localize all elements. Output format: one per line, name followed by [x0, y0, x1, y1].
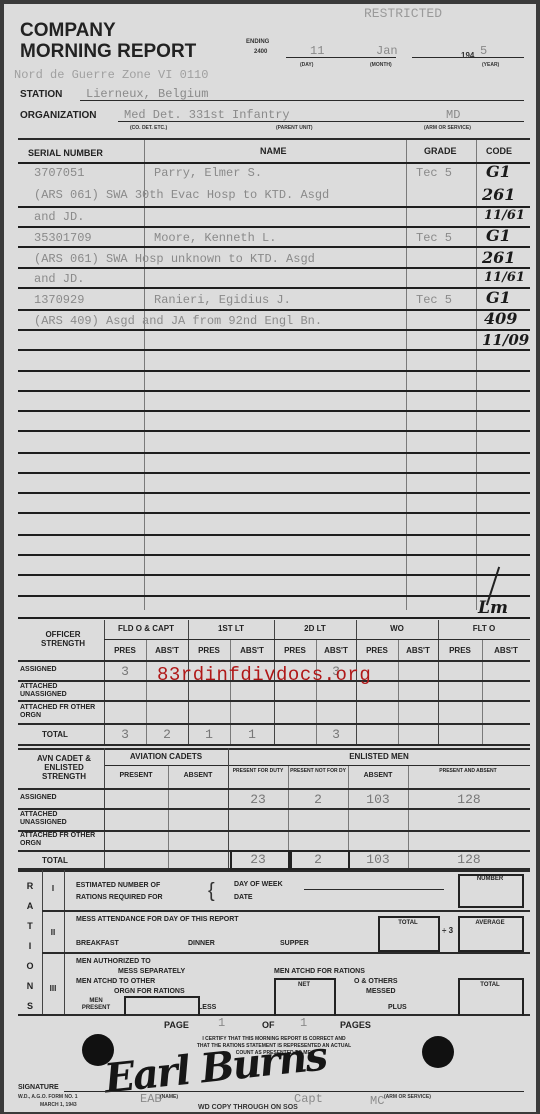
group-fld-o-capt: FLD O & CAPT	[104, 624, 188, 633]
location-line: Nord de Guerre Zone VI 0110	[14, 68, 208, 82]
subcol-pres: PRES	[438, 646, 482, 655]
signer-service: MC	[370, 1094, 384, 1108]
entry-serial: 1370929	[34, 293, 84, 307]
group-wo: WO	[356, 624, 438, 633]
entry-remark: and JD.	[34, 210, 84, 224]
number-box-label: NUMBER	[460, 876, 520, 882]
header-name: NAME	[260, 146, 287, 156]
divide-by-three: ÷ 3	[442, 926, 453, 935]
less-label: LESS	[198, 1004, 216, 1011]
dinner-label: DINNER	[188, 940, 215, 947]
entry-serial: 35301709	[34, 231, 92, 245]
subcol-pres: PRES	[356, 646, 398, 655]
entry-code: 261	[482, 185, 515, 204]
off-total-2dlt-abst: 3	[316, 727, 356, 742]
year-caption: (YEAR)	[482, 62, 499, 68]
subcol-pres: PRES	[188, 646, 230, 655]
group-1st-lt: 1ST LT	[188, 624, 274, 633]
messed-label: MESSED	[366, 988, 396, 995]
orgn-for-rations-label: ORGN FOR RATIONS	[114, 988, 185, 995]
subcol-pres: PRES	[104, 646, 146, 655]
form-title-line2: MORNING REPORT	[20, 41, 196, 62]
off-total-fld-abst: 2	[146, 727, 188, 742]
group-flt-o: FLT O	[438, 624, 530, 633]
ending-time: 2400	[254, 49, 267, 55]
name-caption: (NAME)	[160, 1094, 178, 1100]
org-caption-unit: (CO. DET. ETC.)	[130, 125, 167, 131]
station-value: Lierneux, Belgium	[86, 87, 208, 101]
row-label-total: TOTAL	[42, 856, 68, 865]
date-label: DATE	[234, 894, 253, 901]
org-caption-service: (ARM OR SERVICE)	[424, 125, 471, 131]
signer-grade: Capt	[294, 1092, 323, 1106]
off-total-1stlt-abst: 1	[230, 727, 274, 742]
entry-code: G1	[486, 288, 511, 307]
form-date: MARCH 1, 1943	[40, 1102, 77, 1108]
entry-code: 261	[482, 248, 515, 267]
breakfast-label: BREAKFAST	[76, 940, 119, 947]
day-of-week-label: DAY OF WEEK	[234, 881, 283, 888]
morning-report-sheet: RESTRICTED COMPANY MORNING REPORT ENDING…	[4, 4, 536, 1112]
page-number: 1	[218, 1016, 225, 1030]
men-present-label: MEN PRESENT	[76, 998, 116, 1012]
entry-code: 11/61	[484, 208, 525, 223]
net-box-label: NET	[276, 982, 332, 988]
watermark: 83rdinfdivdocs.org	[157, 664, 371, 686]
enlisted-strength-table: AVN CADET & ENLISTED STRENGTH AVIATION C…	[18, 748, 530, 870]
enl-assigned-present-duty: 23	[228, 792, 288, 807]
total-box-label: TOTAL	[380, 920, 436, 926]
entry-code: 11/61	[484, 270, 525, 285]
row-label-total: TOTAL	[42, 730, 68, 739]
ending-label: ENDING	[246, 39, 269, 45]
col-absent: ABSENT	[348, 772, 408, 779]
subcol-abst: ABS'T	[398, 646, 438, 655]
enl-assigned-present-and-absent: 128	[408, 792, 530, 807]
org-caption-parent: (PARENT UNIT)	[276, 125, 313, 131]
signer-name: EAB	[140, 1092, 162, 1106]
row-label-attached-other: ATTACHED FR OTHER ORGN	[20, 704, 100, 720]
year-digit: 5	[480, 44, 487, 58]
row-label-attached-other: ATTACHED FR OTHER ORGN	[20, 832, 100, 848]
subcol-abst: ABS'T	[482, 646, 530, 655]
enl-total-present-and-absent: 128	[408, 852, 530, 867]
subcol-abst: ABS'T	[230, 646, 274, 655]
pages-label: PAGES	[340, 1020, 371, 1030]
group-aviation-cadets: AVIATION CADETS	[104, 752, 228, 761]
day-caption: (DAY)	[300, 62, 313, 68]
total-rations-box-label: TOTAL	[460, 982, 520, 988]
estimated-rations-label: ESTIMATED NUMBER OF	[76, 882, 160, 889]
men-atchd-rations-label: MEN ATCHD FOR RATIONS	[274, 968, 365, 975]
form-number: W.D., A.G.O. FORM NO. 1	[18, 1094, 78, 1100]
section-i: I	[42, 884, 64, 893]
off-total-fld-pres: 3	[104, 727, 146, 742]
organization-label: ORGANIZATION	[20, 110, 96, 121]
plus-label: PLUS	[388, 1004, 407, 1011]
service-value: MD	[446, 108, 460, 122]
off-total-1stlt-pres: 1	[188, 727, 230, 742]
group-2d-lt: 2D LT	[274, 624, 356, 633]
bottom-note: WD COPY THROUGH ON SOS	[198, 1104, 298, 1111]
row-label-attached-unassigned: ATTACHED UNASSIGNED	[20, 811, 100, 827]
subcol-abst: ABS'T	[146, 646, 188, 655]
men-authorized-label: MEN AUTHORIZED TO	[76, 958, 151, 965]
enl-total-absent: 103	[348, 852, 408, 867]
entry-grade: Tec 5	[416, 166, 452, 180]
off-assigned-fld-pres: 3	[104, 664, 146, 679]
binder-hole-right	[422, 1036, 454, 1068]
form-title-line1: COMPANY	[20, 20, 116, 41]
entry-remark: (ARS 409) Asgd and JA from 92nd Engl Bn.	[34, 314, 322, 328]
col-present-for-duty: PRESENT FOR DUTY	[230, 768, 286, 775]
col-present-and-absent: PRESENT AND ABSENT	[418, 768, 518, 775]
report-day: 11	[310, 44, 324, 58]
organization-value: Med Det. 331st Infantry	[124, 108, 290, 122]
officer-strength-header: OFFICER STRENGTH	[26, 630, 100, 648]
row-label-assigned: ASSIGNED	[20, 666, 57, 673]
service-caption: (ARM OR SERVICE)	[384, 1094, 431, 1100]
entry-name: Parry, Elmer S.	[154, 166, 262, 180]
entry-code: G1	[486, 226, 511, 245]
page-total: 1	[300, 1016, 307, 1030]
of-label: OF	[262, 1020, 275, 1030]
group-enlisted-men: ENLISTED MEN	[228, 752, 530, 761]
header-serial: SERIAL NUMBER	[28, 148, 103, 158]
year-prefix: 194	[461, 51, 474, 60]
enlisted-strength-header: AVN CADET & ENLISTED STRENGTH	[24, 754, 104, 781]
header-grade: GRADE	[424, 146, 457, 156]
month-caption: (MONTH)	[370, 62, 392, 68]
report-month: Jan	[376, 44, 398, 58]
row-label-assigned: ASSIGNED	[20, 794, 57, 801]
col-cadets-present: PRESENT	[104, 772, 168, 779]
section-iii: III	[42, 984, 64, 993]
page-label: PAGE	[164, 1020, 189, 1030]
subcol-pres: PRES	[274, 646, 316, 655]
supper-label: SUPPER	[280, 940, 309, 947]
average-box-label: AVERAGE	[460, 920, 520, 926]
entry-code: 11/09	[482, 331, 529, 349]
section-ii: II	[42, 928, 64, 937]
mess-separately-label: MESS SEPARATELY	[118, 968, 185, 975]
enl-total-present-duty: 23	[228, 852, 288, 867]
col-present-not-for-duty: PRESENT NOT FOR DY	[290, 768, 346, 775]
mess-attendance-label: MESS ATTENDANCE FOR DAY OF THIS REPORT	[76, 916, 239, 923]
entry-name: Moore, Kenneth L.	[154, 231, 276, 245]
entry-serial: 3707051	[34, 166, 84, 180]
rations-section: RATIONS I ESTIMATED NUMBER OF RATIONS RE…	[18, 870, 530, 1016]
subcol-abst: ABS'T	[316, 646, 356, 655]
entry-grade: Tec 5	[416, 293, 452, 307]
entry-code: G1	[486, 162, 511, 181]
entry-grade: Tec 5	[416, 231, 452, 245]
enl-assigned-present-not-duty: 2	[288, 792, 348, 807]
initials-mark: Lm	[478, 598, 508, 618]
enl-assigned-absent: 103	[348, 792, 408, 807]
restricted-stamp: RESTRICTED	[364, 6, 442, 21]
enl-total-present-not-duty: 2	[288, 852, 348, 867]
rations-required-label: RATIONS REQUIRED FOR	[76, 894, 163, 901]
entry-remark: and JD.	[34, 272, 84, 286]
row-label-attached-unassigned: ATTACHED UNASSIGNED	[20, 683, 100, 699]
entry-code: 409	[484, 309, 517, 328]
signature-label: SIGNATURE	[18, 1084, 59, 1091]
col-cadets-absent: ABSENT	[168, 772, 228, 779]
entry-remark: (ARS 061) SWA Hosp unknown to KTD. Asgd	[34, 252, 315, 266]
men-atchd-other-label: MEN ATCHD TO OTHER	[76, 978, 155, 985]
entry-remark: (ARS 061) SWA 30th Evac Hosp to KTD. Asg…	[34, 188, 329, 202]
rations-side-label: RATIONS	[24, 876, 36, 1016]
header-code: CODE	[486, 146, 512, 156]
entry-name: Ranieri, Egidius J.	[154, 293, 291, 307]
officers-others-label: O & OTHERS	[354, 978, 398, 985]
station-label: STATION	[20, 89, 62, 100]
